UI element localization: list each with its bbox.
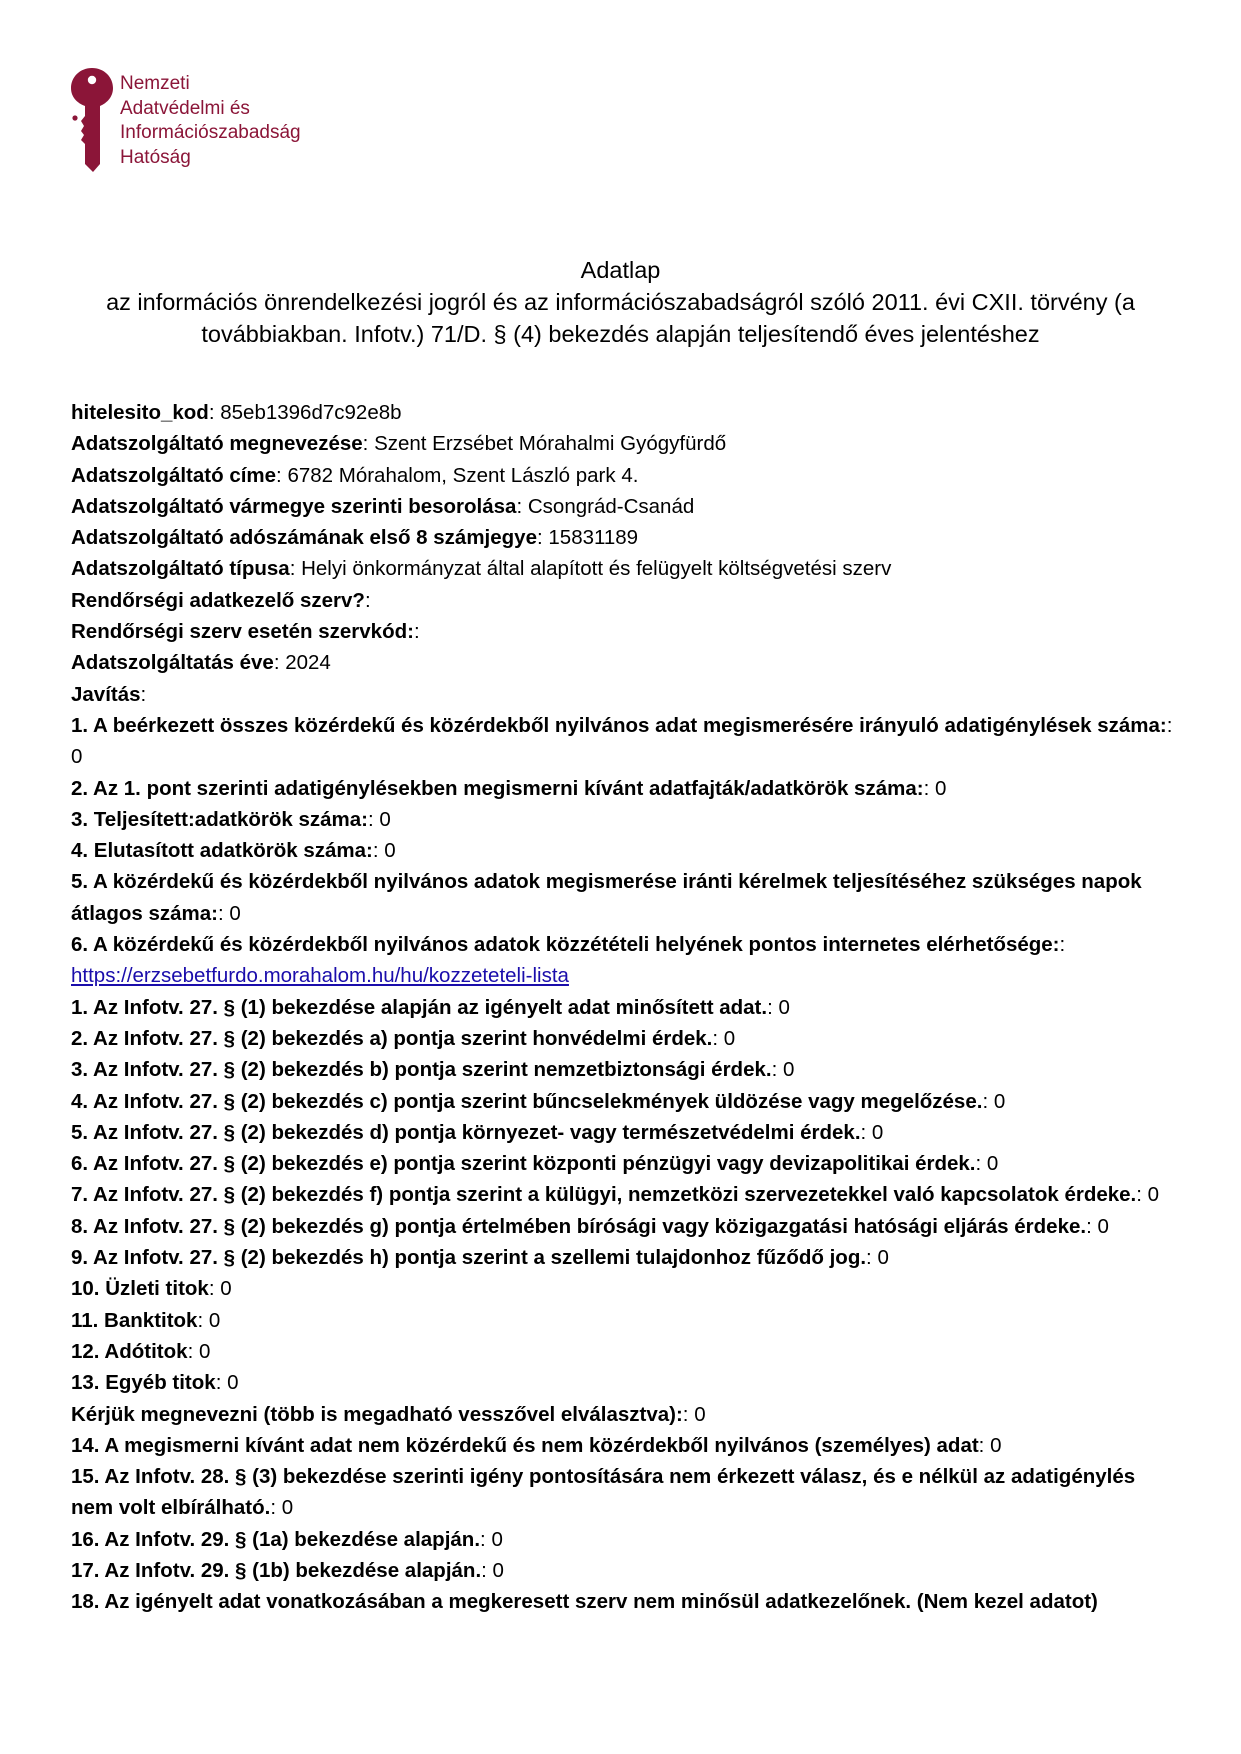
field-separator: :	[480, 1528, 491, 1551]
field-separator: :	[414, 620, 420, 643]
field-separator: :	[866, 1246, 877, 1269]
field-separator: :	[218, 902, 229, 925]
document-subtitle: az információs önrendelkezési jogról és …	[40, 286, 1201, 350]
field-label: 4. Elutasított adatkörök száma:	[71, 839, 373, 862]
field-separator: :	[216, 1371, 227, 1394]
field-value: 0	[384, 839, 395, 862]
field-row: 7. Az Infotv. 27. § (2) bekezdés f) pont…	[71, 1179, 1181, 1210]
field-value: 0	[783, 1058, 794, 1081]
field-value: 0	[935, 777, 946, 800]
field-row: 9. Az Infotv. 27. § (2) bekezdés h) pont…	[71, 1242, 1181, 1273]
field-label: 1. Az Infotv. 27. § (1) bekezdése alapjá…	[71, 996, 767, 1019]
field-label: 14. A megismerni kívánt adat nem közérde…	[71, 1434, 979, 1457]
field-value: 0	[379, 808, 390, 831]
document-header: Adatlap az információs önrendelkezési jo…	[40, 254, 1201, 350]
field-value: 0	[694, 1403, 705, 1426]
field-row: 4. Elutasított adatkörök száma:: 0	[71, 835, 1181, 866]
field-label: 3. Az Infotv. 27. § (2) bekezdés b) pont…	[71, 1058, 772, 1081]
field-value: 0	[227, 1371, 238, 1394]
field-value: 0	[282, 1496, 293, 1519]
field-label: 2. Az 1. pont szerinti adatigénylésekben…	[71, 777, 924, 800]
field-value: 2024	[285, 651, 331, 674]
field-row: 8. Az Infotv. 27. § (2) bekezdés g) pont…	[71, 1211, 1181, 1242]
field-label: 18. Az igényelt adat vonatkozásában a me…	[71, 1590, 1098, 1613]
field-row: 16. Az Infotv. 29. § (1a) bekezdése alap…	[71, 1524, 1181, 1555]
field-label: Adatszolgáltató adószámának első 8 számj…	[71, 526, 537, 549]
field-label: 17. Az Infotv. 29. § (1b) bekezdése alap…	[71, 1559, 481, 1582]
field-row: Adatszolgáltató megnevezése: Szent Erzsé…	[71, 428, 1181, 459]
field-value: 0	[990, 1434, 1001, 1457]
field-row: 3. Teljesített:adatkörök száma:: 0	[71, 804, 1181, 835]
field-row: 11. Banktitok: 0	[71, 1305, 1181, 1336]
field-separator: :	[373, 839, 384, 862]
field-row: Adatszolgáltató típusa: Helyi önkormányz…	[71, 553, 1181, 584]
field-value: 0	[229, 902, 240, 925]
field-separator: :	[772, 1058, 783, 1081]
field-separator: :	[276, 464, 287, 487]
field-label: Adatszolgáltatás éve	[71, 651, 274, 674]
field-row: 6. Az Infotv. 27. § (2) bekezdés e) pont…	[71, 1148, 1181, 1179]
field-value: 0	[220, 1277, 231, 1300]
field-separator: :	[976, 1152, 987, 1175]
field-label: 9. Az Infotv. 27. § (2) bekezdés h) pont…	[71, 1246, 866, 1269]
field-row: 10. Üzleti titok: 0	[71, 1273, 1181, 1304]
field-label: Rendőrségi szerv esetén szervkód:	[71, 620, 414, 643]
field-row: 15. Az Infotv. 28. § (3) bekezdése szeri…	[71, 1461, 1181, 1524]
field-value: 15831189	[548, 526, 638, 549]
field-value: 85eb1396d7c92e8b	[220, 401, 401, 424]
logo-line: Nemzeti	[120, 72, 301, 97]
field-row: 2. Az 1. pont szerinti adatigénylésekben…	[71, 773, 1181, 804]
field-label: 1. A beérkezett összes közérdekű és közé…	[71, 714, 1167, 737]
field-label: 8. Az Infotv. 27. § (2) bekezdés g) pont…	[71, 1215, 1086, 1238]
field-value: Szent Erzsébet Mórahalmi Gyógyfürdő	[374, 432, 726, 455]
field-row: Adatszolgáltató címe: 6782 Mórahalom, Sz…	[71, 460, 1181, 491]
field-value: 0	[1148, 1183, 1159, 1206]
field-label: Kérjük megnevezni (több is megadható ves…	[71, 1403, 683, 1426]
field-row: 5. Az Infotv. 27. § (2) bekezdés d) pont…	[71, 1117, 1181, 1148]
field-separator: :	[924, 777, 935, 800]
field-separator: :	[537, 526, 548, 549]
form-fields: hitelesito_kod: 85eb1396d7c92e8bAdatszol…	[71, 397, 1181, 1618]
field-separator: :	[1167, 714, 1173, 737]
field-value: 0	[724, 1027, 735, 1050]
field-row: 13. Egyéb titok: 0	[71, 1367, 1181, 1398]
field-label: 12. Adótitok	[71, 1340, 188, 1363]
field-label: 7. Az Infotv. 27. § (2) bekezdés f) pont…	[71, 1183, 1136, 1206]
field-row: 17. Az Infotv. 29. § (1b) bekezdése alap…	[71, 1555, 1181, 1586]
field-separator: :	[979, 1434, 990, 1457]
field-row: 14. A megismerni kívánt adat nem közérde…	[71, 1430, 1181, 1461]
field-label: Rendőrségi adatkezelő szerv?	[71, 589, 365, 612]
field-value: 0	[778, 996, 789, 1019]
field-row: Adatszolgáltató adószámának első 8 számj…	[71, 522, 1181, 553]
field-separator: :	[197, 1309, 208, 1332]
field-value: Helyi önkormányzat által alapított és fe…	[301, 557, 891, 580]
field-label: 6. A közérdekű és közérdekből nyilvános …	[71, 933, 1060, 956]
field-label: Adatszolgáltató címe	[71, 464, 276, 487]
field-label: 15. Az Infotv. 28. § (3) bekezdése szeri…	[71, 1465, 1135, 1519]
field-row: 1. A beérkezett összes közérdekű és közé…	[71, 710, 1181, 773]
field-separator: :	[188, 1340, 199, 1363]
field-label: 5. Az Infotv. 27. § (2) bekezdés d) pont…	[71, 1121, 861, 1144]
field-separator: :	[290, 557, 301, 580]
field-value: 0	[199, 1340, 210, 1363]
field-value: 6782 Mórahalom, Szent László park 4.	[287, 464, 638, 487]
field-row: 3. Az Infotv. 27. § (2) bekezdés b) pont…	[71, 1054, 1181, 1085]
field-value: 0	[987, 1152, 998, 1175]
field-value: 0	[994, 1090, 1005, 1113]
field-label: 3. Teljesített:adatkörök száma:	[71, 808, 368, 831]
field-separator: :	[209, 1277, 220, 1300]
logo-line: Információszabadság	[120, 121, 301, 146]
field-separator: :	[274, 651, 285, 674]
field-value: 0	[1098, 1215, 1109, 1238]
field-value: 0	[71, 745, 82, 768]
field-row: Rendőrségi szerv esetén szervkód::	[71, 616, 1181, 647]
field-label: Adatszolgáltató vármegye szerinti besoro…	[71, 495, 516, 518]
field-label: 6. Az Infotv. 27. § (2) bekezdés e) pont…	[71, 1152, 976, 1175]
field-separator: :	[1086, 1215, 1097, 1238]
field-row: hitelesito_kod: 85eb1396d7c92e8b	[71, 397, 1181, 428]
field-value: 0	[872, 1121, 883, 1144]
field-row: Kérjük megnevezni (több is megadható ves…	[71, 1399, 1181, 1430]
document-title: Adatlap	[40, 254, 1201, 286]
disclosure-list-link[interactable]: https://erzsebetfurdo.morahalom.hu/hu/ko…	[71, 964, 569, 987]
field-value: 0	[877, 1246, 888, 1269]
field-row: 1. Az Infotv. 27. § (1) bekezdése alapjá…	[71, 992, 1181, 1023]
field-label: hitelesito_kod	[71, 401, 209, 424]
field-row: Adatszolgáltató vármegye szerinti besoro…	[71, 491, 1181, 522]
field-label: Adatszolgáltató megnevezése	[71, 432, 363, 455]
field-separator: :	[365, 589, 371, 612]
field-row: Javítás:	[71, 679, 1181, 710]
field-separator: :	[683, 1403, 694, 1426]
field-row: Rendőrségi adatkezelő szerv?:	[71, 585, 1181, 616]
field-label: 11. Banktitok	[71, 1309, 197, 1332]
field-separator: :	[516, 495, 527, 518]
logo-text: Nemzeti Adatvédelmi és Információszabads…	[120, 72, 301, 170]
field-row: 2. Az Infotv. 27. § (2) bekezdés a) pont…	[71, 1023, 1181, 1054]
field-value: 0	[493, 1559, 504, 1582]
field-label: 13. Egyéb titok	[71, 1371, 216, 1394]
field-value: Csongrád-Csanád	[528, 495, 694, 518]
field-separator: :	[861, 1121, 872, 1144]
logo-line: Hatóság	[120, 146, 301, 171]
naih-logo: Nemzeti Adatvédelmi és Információszabads…	[70, 68, 301, 172]
field-separator: :	[368, 808, 379, 831]
field-row: 6. A közérdekű és közérdekből nyilvános …	[71, 929, 1181, 992]
field-label: 2. Az Infotv. 27. § (2) bekezdés a) pont…	[71, 1027, 712, 1050]
field-row: Adatszolgáltatás éve: 2024	[71, 647, 1181, 678]
field-separator: :	[209, 401, 220, 424]
field-label: Javítás	[71, 683, 141, 706]
field-separator: :	[982, 1090, 993, 1113]
field-value: 0	[491, 1528, 502, 1551]
field-separator: :	[712, 1027, 723, 1050]
field-row: 4. Az Infotv. 27. § (2) bekezdés c) pont…	[71, 1086, 1181, 1117]
field-label: Adatszolgáltató típusa	[71, 557, 290, 580]
field-row: 5. A közérdekű és közérdekből nyilvános …	[71, 866, 1181, 929]
field-label: 16. Az Infotv. 29. § (1a) bekezdése alap…	[71, 1528, 480, 1551]
key-icon	[70, 68, 114, 172]
field-label: 10. Üzleti titok	[71, 1277, 209, 1300]
field-row: 12. Adótitok: 0	[71, 1336, 1181, 1367]
field-separator: :	[270, 1496, 281, 1519]
field-separator: :	[1060, 933, 1066, 956]
field-separator: :	[141, 683, 147, 706]
field-separator: :	[1136, 1183, 1147, 1206]
field-separator: :	[363, 432, 374, 455]
field-separator: :	[481, 1559, 492, 1582]
field-value: 0	[209, 1309, 220, 1332]
logo-line: Adatvédelmi és	[120, 97, 301, 122]
field-label: 4. Az Infotv. 27. § (2) bekezdés c) pont…	[71, 1090, 982, 1113]
field-separator: :	[767, 996, 778, 1019]
field-row: 18. Az igényelt adat vonatkozásában a me…	[71, 1586, 1181, 1617]
